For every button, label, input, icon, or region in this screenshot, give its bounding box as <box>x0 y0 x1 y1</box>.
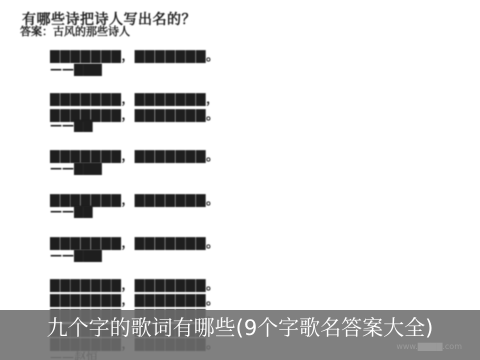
caption-title: 九个字的歌词有哪些(9个字歌名答案大全) <box>0 313 480 343</box>
verse-author: ——▇▇ <box>50 118 92 132</box>
verse-author: ——▇▇▇ <box>50 161 102 175</box>
verse-author: ——▇▇▇ <box>50 248 102 262</box>
watermark: www.▇▇▇▇.com <box>396 342 462 351</box>
document-subtitle: 答案：古风的那些诗人 <box>20 23 130 39</box>
verse-author: ——▇▇ <box>50 204 92 218</box>
verse-author: ——▇▇▇ <box>50 62 102 76</box>
scanned-document: 有哪些诗把诗人写出名的？ 答案：古风的那些诗人 ▇▇▇▇▇▇▇，▇▇▇▇▇▇▇。… <box>0 0 480 360</box>
